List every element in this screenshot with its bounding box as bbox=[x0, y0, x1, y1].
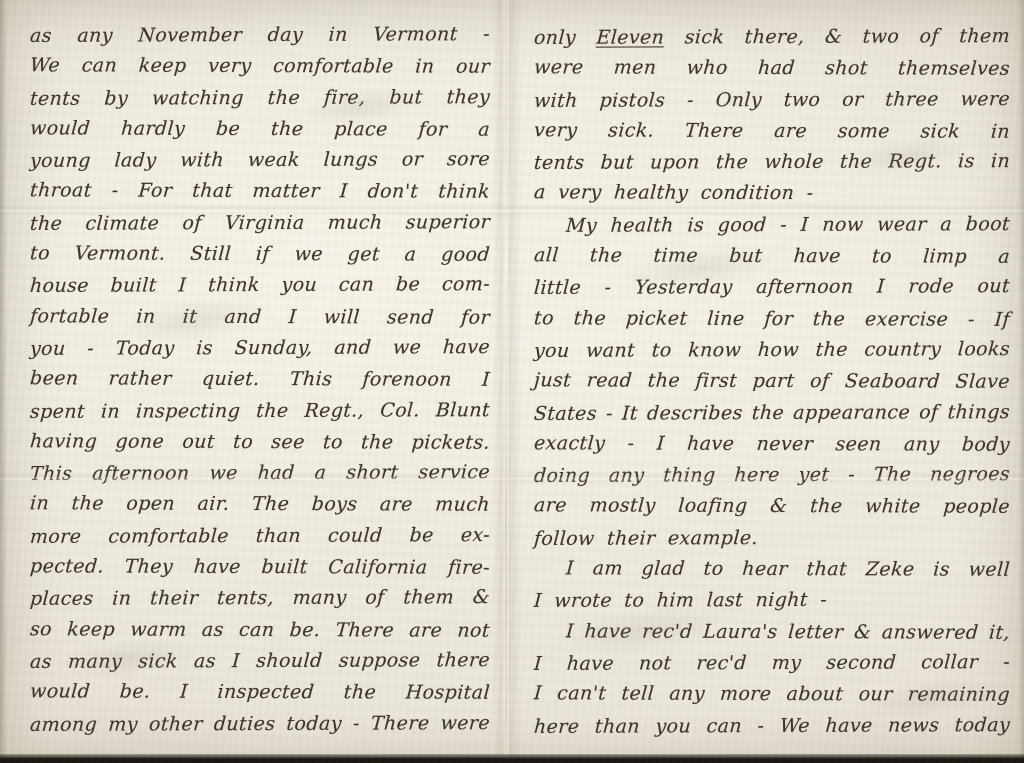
letter-line: would be. I inspected the Hospital bbox=[29, 677, 491, 710]
letter-line: I have not rec'd my second collar - bbox=[533, 647, 1011, 680]
letter-line: spent in inspecting the Regt., Col. Blun… bbox=[29, 395, 491, 428]
letter-line: My health is good - I now wear a boot bbox=[533, 209, 1011, 242]
letter-line: in the open air. The boys are much bbox=[29, 489, 491, 522]
letter-line: as any November day in Vermont - bbox=[29, 19, 491, 52]
letter-line: were men who had shot themselves bbox=[533, 53, 1011, 86]
letter-line: very sick. There are some sick in bbox=[533, 115, 1011, 148]
letter-page-right: only Eleven sick there, & two of themwer… bbox=[512, 0, 1024, 763]
letter-line: are mostly loafing & the white people bbox=[533, 491, 1011, 524]
letter-line: a very healthy condition - bbox=[533, 178, 1011, 211]
letter-line: young lady with weak lungs or sore bbox=[29, 144, 491, 177]
letter-line: little - Yesterday afternoon I rode out bbox=[533, 271, 1011, 304]
letter-line: would hardly be the place for a bbox=[29, 113, 491, 146]
letter-line: you - Today is Sunday, and we have bbox=[29, 332, 491, 365]
letter-line: more comfortable than could be ex- bbox=[29, 520, 491, 553]
letter-line: tents by watching the fire, but they bbox=[29, 82, 491, 115]
letter-line: pected. They have built California fire- bbox=[29, 551, 491, 584]
letter-line: as many sick as I should suppose there bbox=[29, 645, 491, 678]
letter-page-left: as any November day in Vermont -We can k… bbox=[0, 0, 512, 763]
scan-edge-bottom bbox=[0, 754, 1024, 763]
letter-line: This afternoon we had a short service bbox=[29, 457, 491, 490]
letter-line: among my other duties today - There were bbox=[29, 708, 491, 741]
letter-line: places in their tents, many of them & bbox=[29, 582, 491, 615]
letter-line: having gone out to see to the pickets. bbox=[29, 426, 491, 459]
letter-line: States - It describes the appearance of … bbox=[533, 397, 1011, 430]
letter-scan: as any November day in Vermont -We can k… bbox=[0, 0, 1024, 763]
letter-line: to the picket line for the exercise - If bbox=[533, 303, 1011, 336]
letter-line: follow their example. bbox=[533, 522, 1011, 555]
letter-line: We can keep very comfortable in our bbox=[29, 51, 491, 84]
letter-line: only Eleven sick there, & two of them bbox=[533, 21, 1011, 54]
letter-line: exactly - I have never seen any body bbox=[533, 428, 1011, 461]
letter-line: doing any thing here yet - The negroes bbox=[533, 459, 1011, 492]
letter-line: tents but upon the whole the Regt. is in bbox=[533, 146, 1011, 179]
letter-line: I am glad to hear that Zeke is well bbox=[533, 553, 1011, 586]
letter-line: I wrote to him last night - bbox=[533, 584, 1011, 617]
letter-line: all the time but have to limp a bbox=[533, 240, 1011, 273]
letter-line: you want to know how the country looks bbox=[533, 334, 1011, 367]
letter-line: the climate of Virginia much superior bbox=[29, 207, 491, 240]
letter-line: throat - For that matter I don't think bbox=[29, 176, 491, 209]
letter-line: I have rec'd Laura's letter & answered i… bbox=[533, 616, 1011, 649]
letter-line: house built I think you can be com- bbox=[29, 269, 491, 302]
letter-line: with pistols - Only two or three were bbox=[533, 84, 1011, 117]
letter-line: been rather quiet. This forenoon I bbox=[29, 364, 491, 397]
letter-line: fortable in it and I will send for bbox=[29, 301, 491, 334]
letter-line: here than you can - We have news today bbox=[533, 710, 1011, 743]
letter-line: just read the first part of Seaboard Sla… bbox=[533, 366, 1011, 399]
letter-line: I can't tell any more about our remainin… bbox=[533, 678, 1011, 711]
letter-line: to Vermont. Still if we get a good bbox=[29, 238, 491, 271]
letter-line: so keep warm as can be. There are not bbox=[29, 614, 491, 647]
